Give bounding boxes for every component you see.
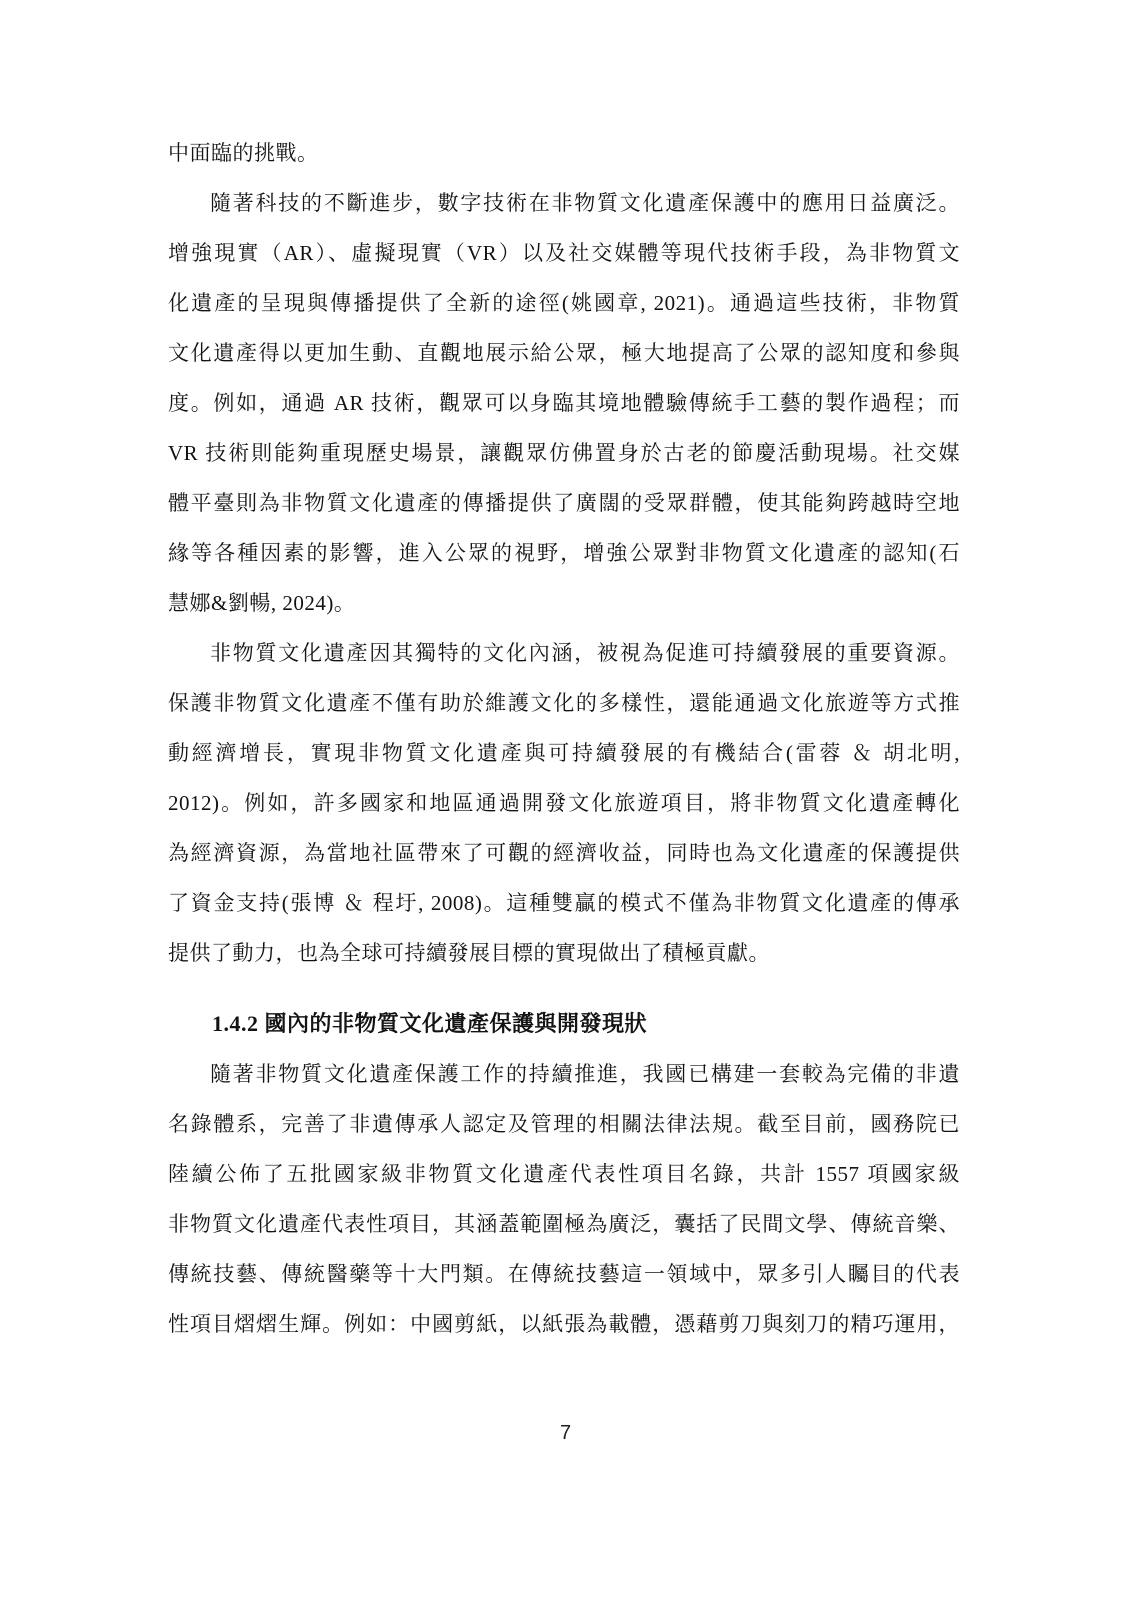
text-line: 非物質文化遺產因其獨特的文化內涵，被視為促進可持續發展的重要資源。 <box>168 628 960 678</box>
text-line: 2012)。例如，許多國家和地區通過開發文化旅遊項目，將非物質文化遺產轉化 <box>168 778 960 828</box>
page-number: 7 <box>560 1422 571 1444</box>
text-line: 中面臨的挑戰。 <box>168 128 960 178</box>
text-line: 慧娜&劉暢, 2024)。 <box>168 578 960 628</box>
text-line: VR 技術則能夠重現歷史場景，讓觀眾仿佛置身於古老的節慶活動現場。社交媒 <box>168 428 960 478</box>
page-footer: 7 <box>0 1418 1131 1448</box>
text-line: 文化遺產得以更加生動、直觀地展示給公眾，極大地提高了公眾的認知度和參與 <box>168 328 960 378</box>
text-line: 隨著非物質文化遺產保護工作的持續推進，我國已構建一套較為完備的非遺 <box>168 1049 960 1099</box>
text-line: 傳統技藝、傳統醫藥等十大門類。在傳統技藝這一領域中，眾多引人矚目的代表 <box>168 1249 960 1299</box>
text-line: 了資金支持(張博 ＆ 程圩, 2008)。這種雙贏的模式不僅為非物質文化遺產的傳… <box>168 878 960 928</box>
document-page: 中面臨的挑戰。 隨著科技的不斷進步，數字技術在非物質文化遺產保護中的應用日益廣泛… <box>0 0 1131 1600</box>
text-line: 1.4.2 國內的非物質文化遺產保護與開發現狀 <box>168 999 960 1049</box>
text-line: 非物質文化遺產代表性項目，其涵蓋範圍極為廣泛，囊括了民間文學、傳統音樂、 <box>168 1199 960 1249</box>
text-line: 陸續公佈了五批國家級非物質文化遺產代表性項目名錄，共計 1557 項國家級 <box>168 1149 960 1199</box>
page-body-text: 中面臨的挑戰。 隨著科技的不斷進步，數字技術在非物質文化遺產保護中的應用日益廣泛… <box>168 128 960 1349</box>
text-line: 化遺產的呈現與傳播提供了全新的途徑(姚國章, 2021)。通過這些技術，非物質 <box>168 278 960 328</box>
text-line: 隨著科技的不斷進步，數字技術在非物質文化遺產保護中的應用日益廣泛。 <box>168 178 960 228</box>
text-line: 動經濟增長，實現非物質文化遺產與可持續發展的有機結合(雷蓉 ＆ 胡北明, <box>168 728 960 778</box>
text-line: 為經濟資源，為當地社區帶來了可觀的經濟收益，同時也為文化遺產的保護提供 <box>168 828 960 878</box>
text-line: 保護非物質文化遺產不僅有助於維護文化的多樣性，還能通過文化旅遊等方式推 <box>168 678 960 728</box>
text-line: 增強現實（AR）、虛擬現實（VR）以及社交媒體等現代技術手段，為非物質文 <box>168 228 960 278</box>
text-line: 體平臺則為非物質文化遺產的傳播提供了廣闊的受眾群體，使其能夠跨越時空地 <box>168 478 960 528</box>
text-line: 提供了動力，也為全球可持續發展目標的實現做出了積極貢獻。 <box>168 928 960 978</box>
text-line: 度。例如，通過 AR 技術，觀眾可以身臨其境地體驗傳統手工藝的製作過程；而 <box>168 378 960 428</box>
text-line: 緣等各種因素的影響，進入公眾的視野，增強公眾對非物質文化遺產的認知(石 <box>168 528 960 578</box>
text-line: 性項目熠熠生輝。例如：中國剪紙，以紙張為載體，憑藉剪刀與刻刀的精巧運用， <box>168 1299 960 1349</box>
text-line: 名錄體系，完善了非遺傳承人認定及管理的相關法律法規。截至目前，國務院已 <box>168 1099 960 1149</box>
